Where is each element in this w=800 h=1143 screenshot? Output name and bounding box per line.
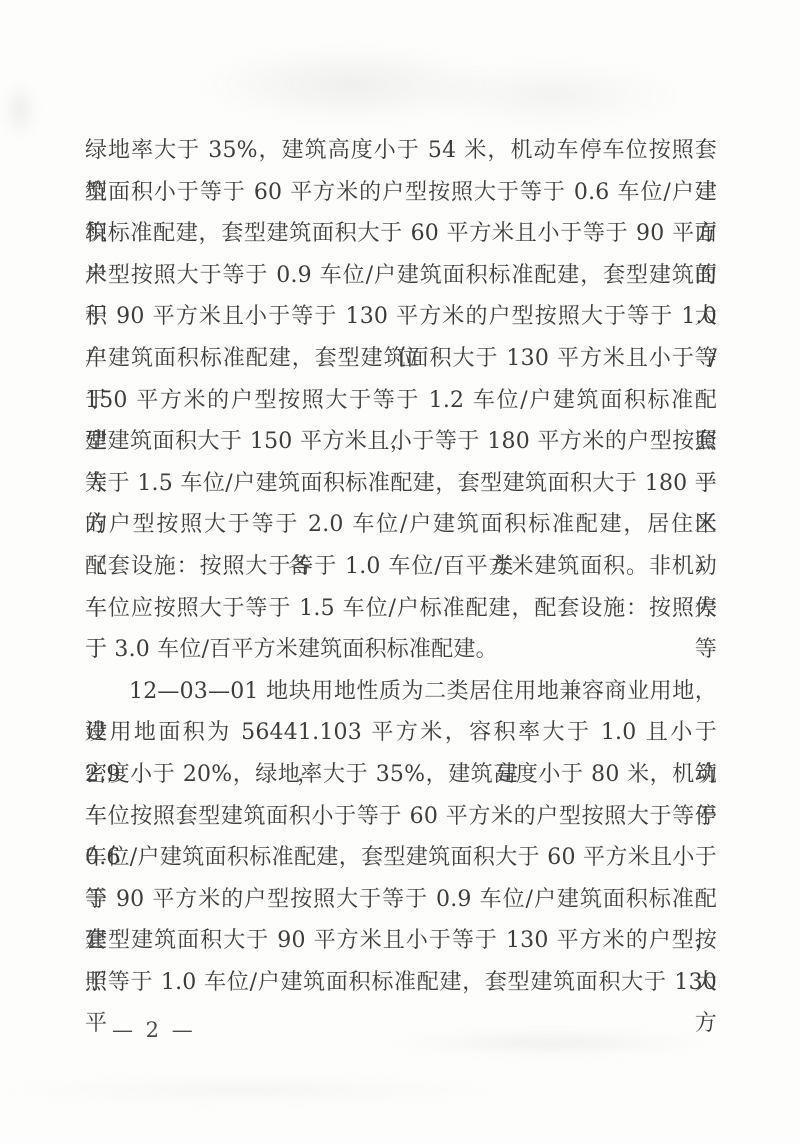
text-line: 配套设施：按照大于等于 1.0 车位/百平方米建筑面积。非机动车停 [85,546,717,588]
text-line: 设用地面积为 56441.103 平方米，容积率大于 1.0 且小于 2.9，建… [85,712,717,754]
text-line: 车位按照套型建筑面积小于等于 60 平方米的户型按照大于等于 0.6 [85,796,717,838]
text-line: 于 90 平方米的户型按照大于等于 0.9 车位/户建筑面积标准配建， [85,879,717,921]
page-number: — 2 — [112,1018,196,1042]
text-line: 套型建筑面积大于 90 平方米且小于等于 130 平方米的户型按照大 [85,920,717,962]
scan-artifact [420,60,680,130]
text-line: 户建筑面积标准配建，套型建筑面积大于 130 平方米且小于等于 [85,338,717,380]
text-line: 绿地率大于 35%，建筑高度小于 54 米，机动车停车位按照套型建 [85,130,717,172]
text-line: 车位应按照大于等于 1.5 车位/户标准配建，配套设施：按照大于等 [85,588,717,630]
text-line: 于 90 平方米且小于等于 130 平方米的户型按照大于等于 1.0 车位/ [85,296,717,338]
text-line: 密度小于 20%，绿地率大于 35%，建筑高度小于 80 米，机动车停 [85,754,717,796]
text-line: 型建筑面积大于 150 平方米且小于等于 180 平方米的户型按照大于 [85,421,717,463]
text-line: 户型按照大于等于 0.9 车位/户建筑面积标准配建，套型建筑面积大 [85,255,717,297]
scan-artifact [0,80,40,140]
text-line: 积标准配建，套型建筑面积大于 60 平方米且小于等于 90 平方米的 [85,213,717,255]
text-line: 的户型按照大于等于 2.0 车位/户建筑面积标准配建，居住区（各类） [85,504,717,546]
text-line: 于等于 1.0 车位/户建筑面积标准配建，套型建筑面积大于 130 平方 [85,962,717,1004]
scan-artifact [200,45,500,125]
scan-artifact [0,1075,500,1105]
scanned-document-page: 绿地率大于 35%，建筑高度小于 54 米，机动车停车位按照套型建 筑面积小于等… [0,0,800,1143]
text-line: 等于 1.5 车位/户建筑面积标准配建，套型建筑面积大于 180 平方米 [85,463,717,505]
body-text: 绿地率大于 35%，建筑高度小于 54 米，机动车停车位按照套型建 筑面积小于等… [85,130,717,1003]
text-line: 车位/户建筑面积标准配建，套型建筑面积大于 60 平方米且小于等 [85,837,717,879]
text-line: 筑面积小于等于 60 平方米的户型按照大于等于 0.6 车位/户建筑面 [85,172,717,214]
text-line: 150 平方米的户型按照大于等于 1.2 车位/户建筑面积标准配建，套 [85,380,717,422]
text-line-paragraph-start: 12—03—01 地块用地性质为二类居住用地兼容商业用地，建 [85,671,717,713]
